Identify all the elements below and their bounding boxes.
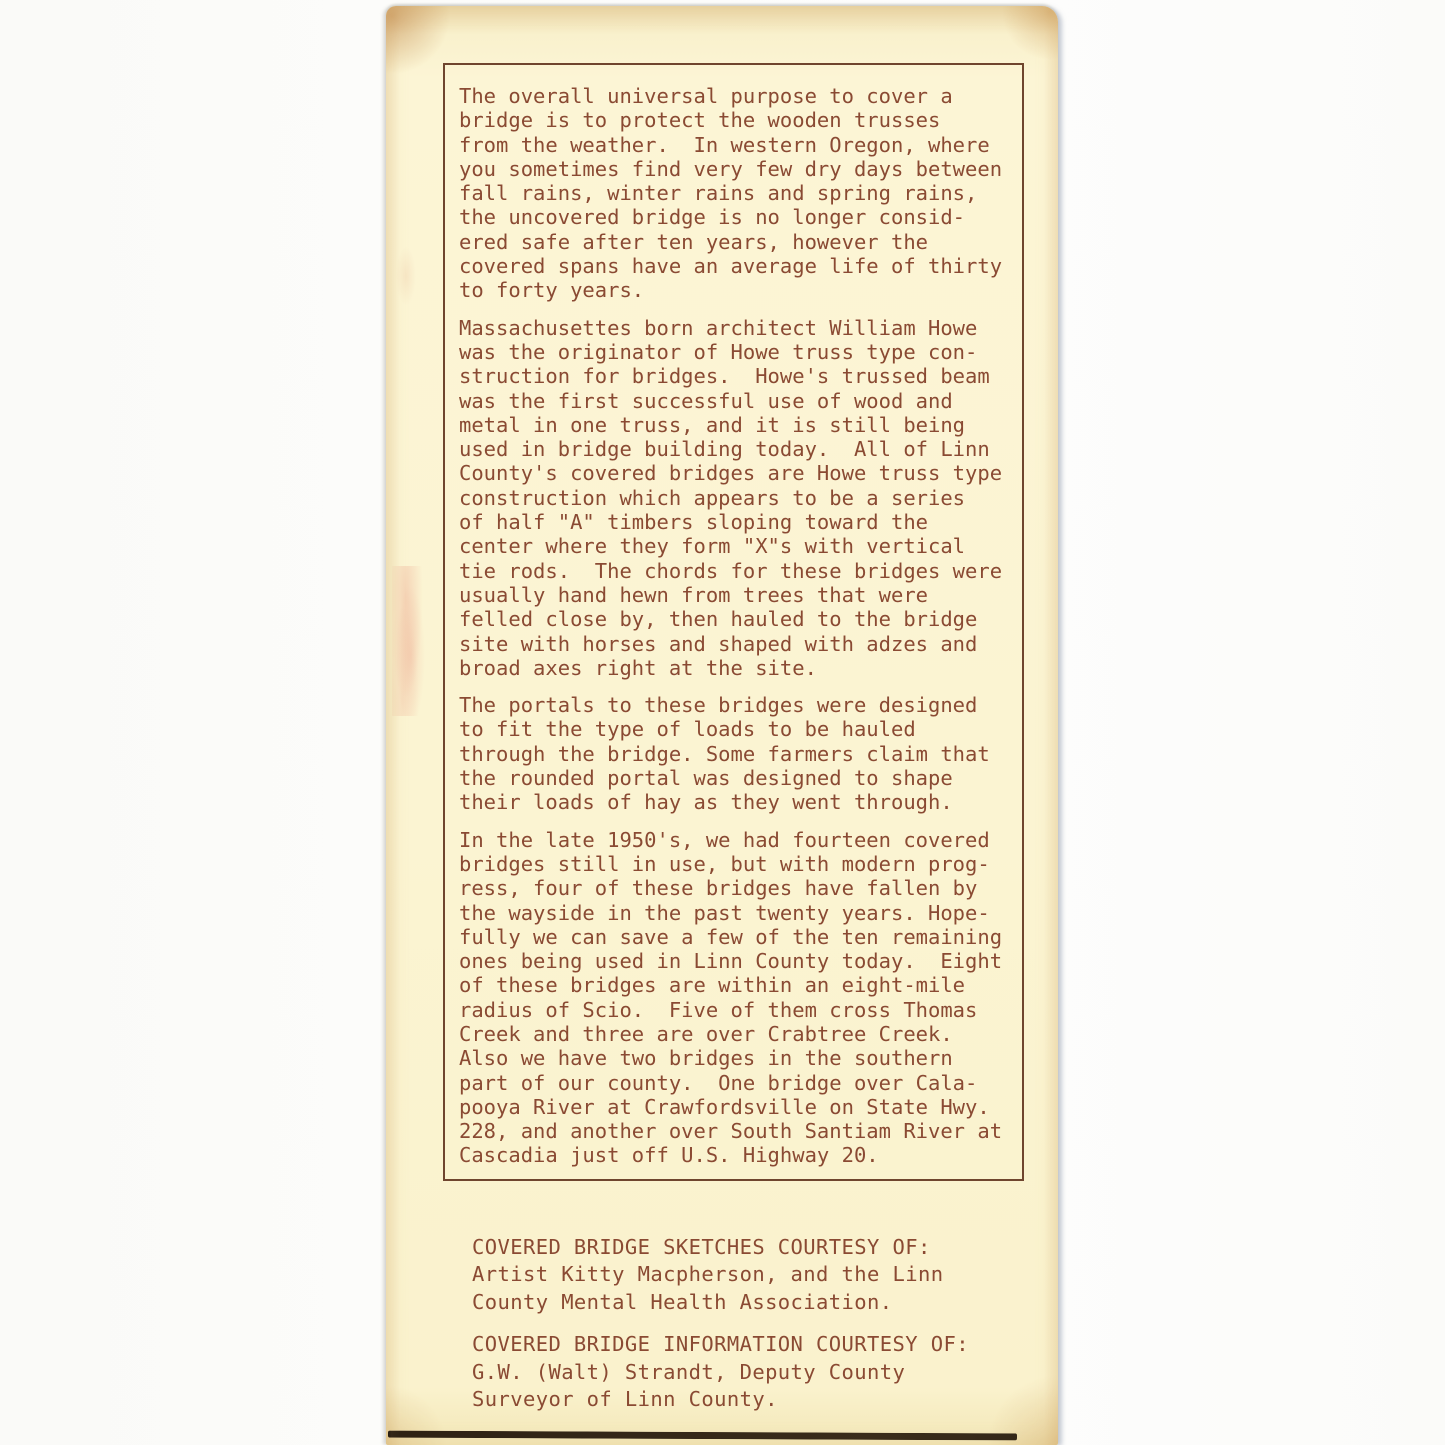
scanned-brochure-page: The overall universal purpose to cover a…: [0, 0, 1445, 1445]
credit-sketches-body: Artist Kitty Macpherson, and the Linn Co…: [472, 1261, 1032, 1316]
aging-smudge: [392, 566, 426, 716]
credit-information: COVERED BRIDGE INFORMATION COURTESY OF: …: [472, 1331, 1032, 1413]
paragraph-howe-truss: Massachusettes born architect William Ho…: [459, 316, 1016, 680]
credit-sketches-heading: COVERED BRIDGE SKETCHES COURTESY OF:: [472, 1234, 1032, 1261]
credit-information-body: G.W. (Walt) Strandt, Deputy County Surve…: [472, 1359, 1032, 1414]
credit-information-heading: COVERED BRIDGE INFORMATION COURTESY OF:: [472, 1331, 1032, 1358]
credits-section: COVERED BRIDGE SKETCHES COURTESY OF: Art…: [472, 1234, 1032, 1428]
paragraph-remaining-bridges: In the late 1950's, we had fourteen cove…: [459, 828, 1016, 1168]
card-bottom-edge-shadow: [388, 1431, 1017, 1441]
paragraph-portals: The portals to these bridges were design…: [459, 693, 1016, 814]
aging-smudge: [396, 246, 416, 306]
credit-sketches: COVERED BRIDGE SKETCHES COURTESY OF: Art…: [472, 1234, 1032, 1316]
bordered-text-box: The overall universal purpose to cover a…: [443, 63, 1024, 1181]
paragraph-bridge-purpose: The overall universal purpose to cover a…: [459, 84, 1016, 303]
brochure-card: The overall universal purpose to cover a…: [386, 6, 1058, 1445]
